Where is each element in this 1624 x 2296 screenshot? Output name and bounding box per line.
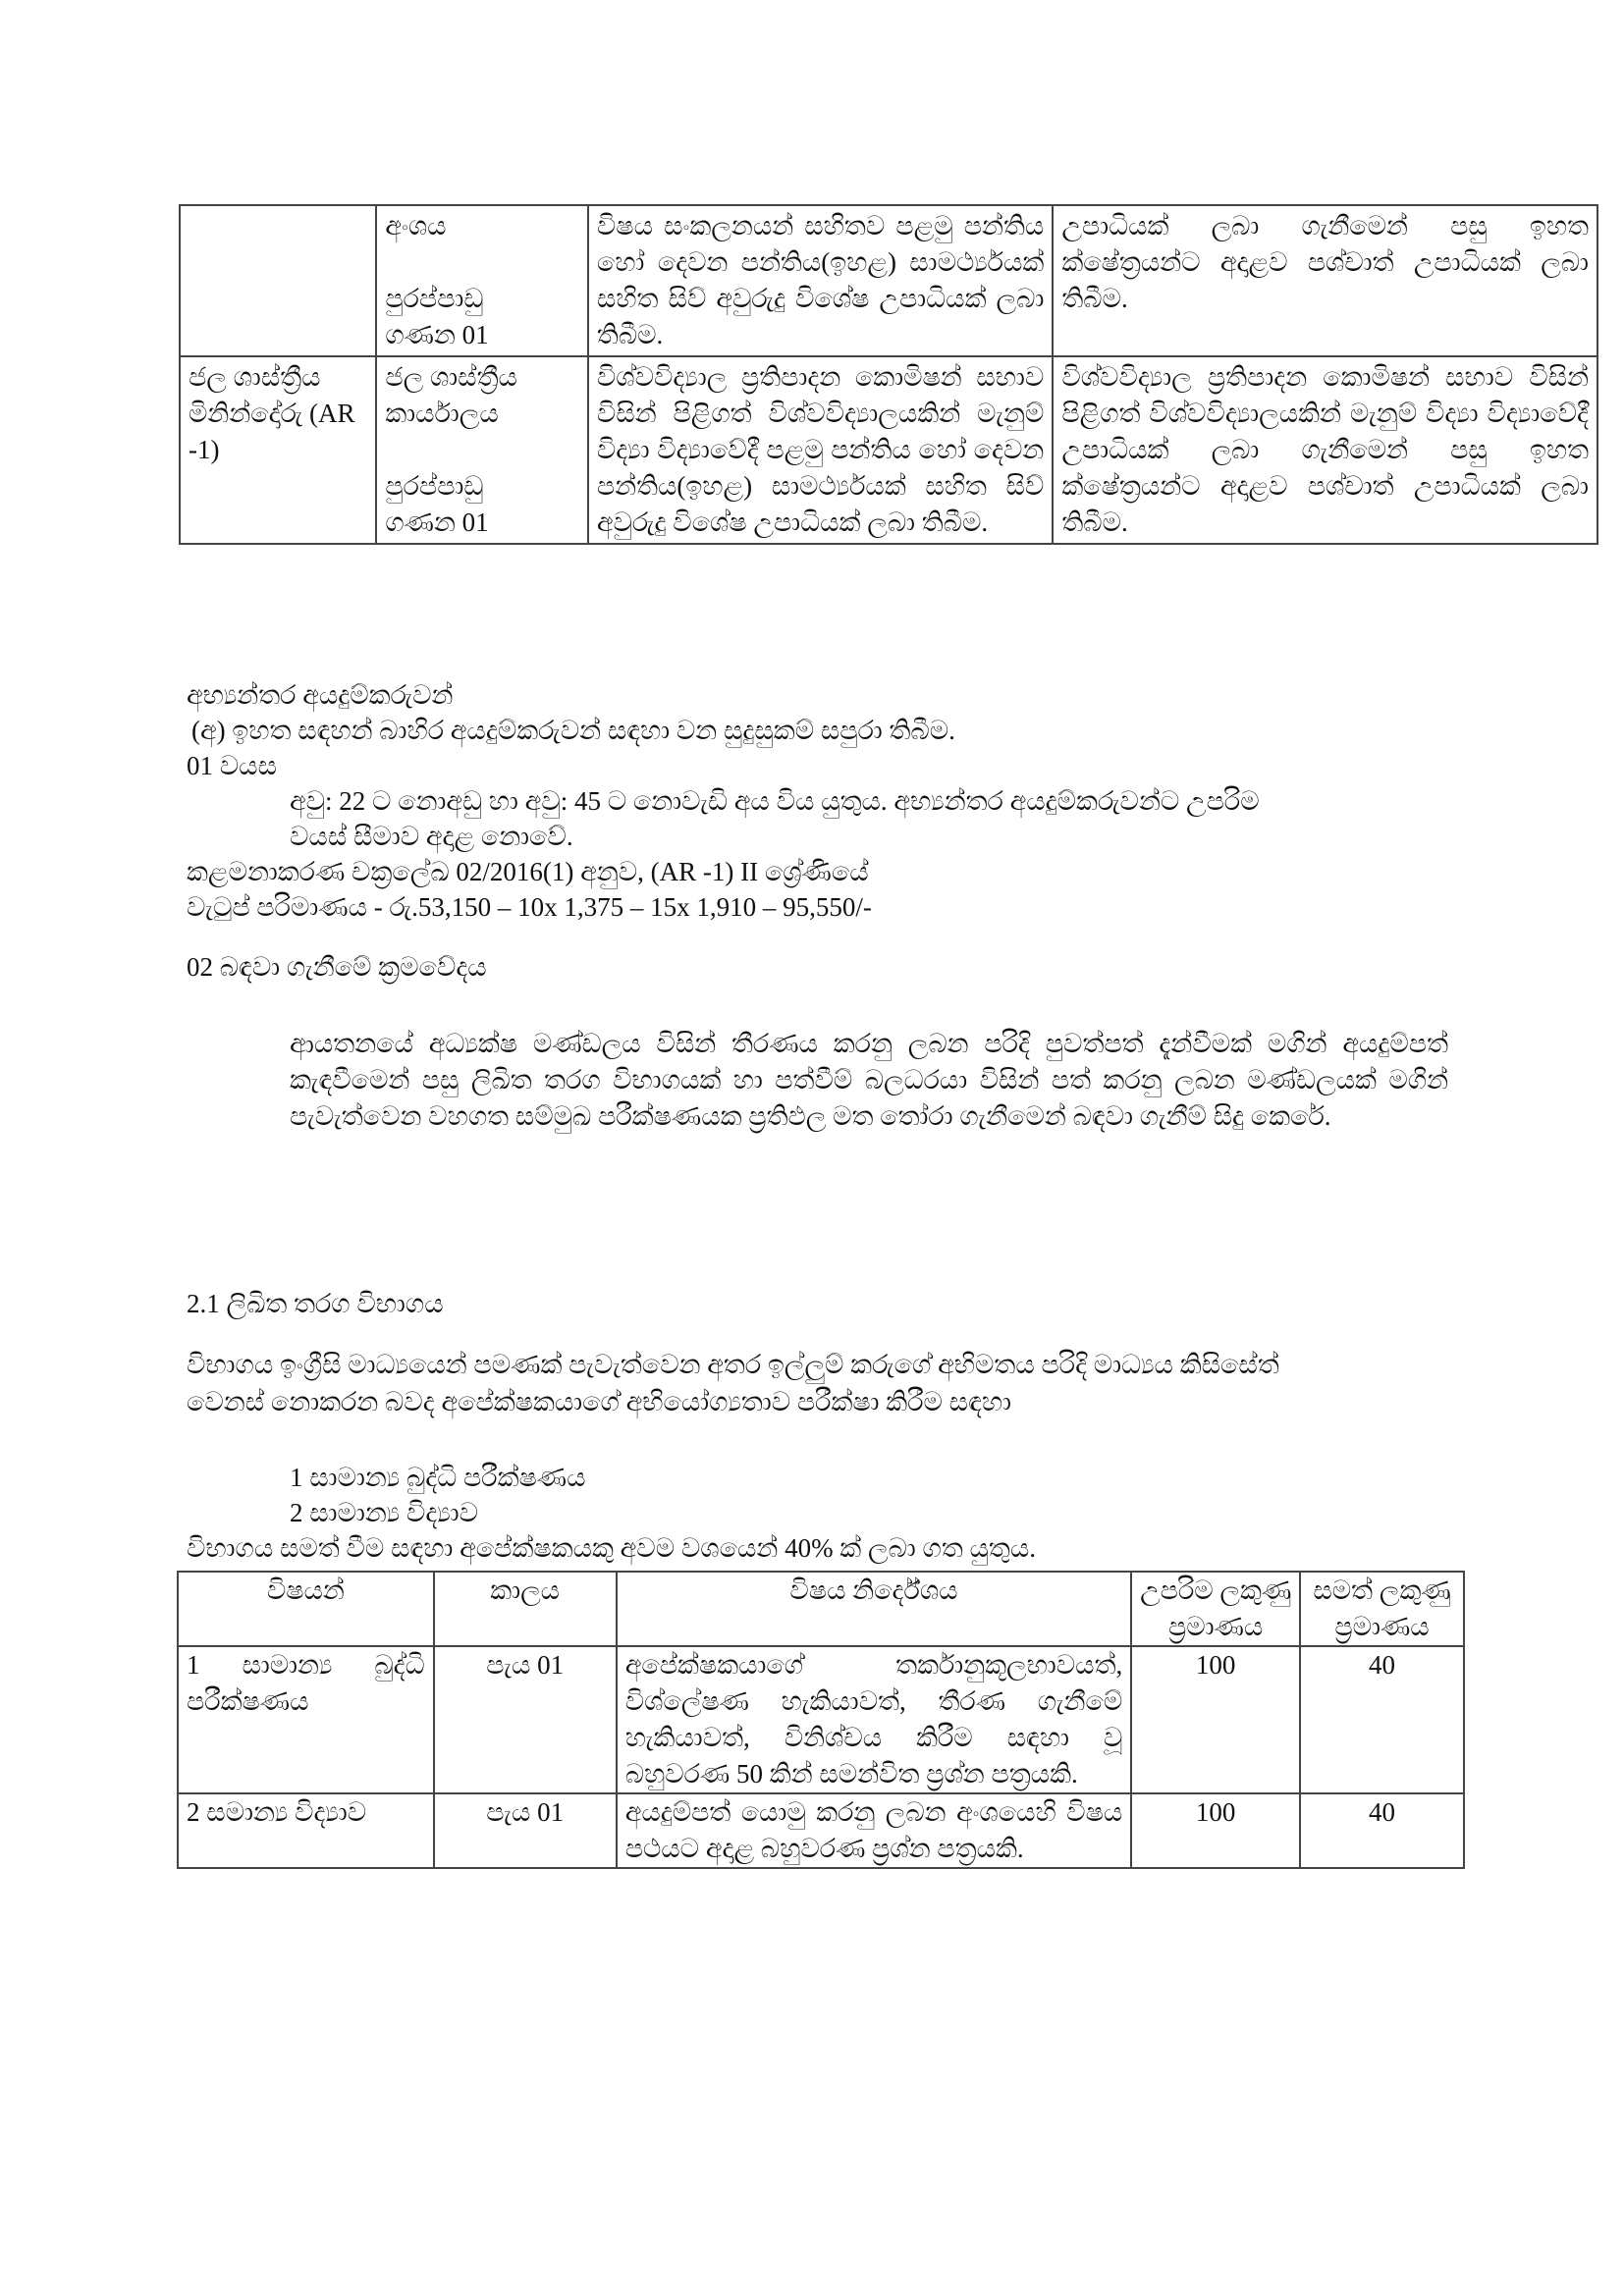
age-requirement-line2: වයස් සීමාව අදාළ නොවේ.	[290, 819, 573, 855]
internal-qualification-cell: උපාධියක් ලබා ගැනීමෙන් පසු ඉහත ක්ෂේත්‍රයන…	[1053, 205, 1597, 356]
division-name: අංශය	[385, 208, 579, 244]
circular-reference: කළමනාකරණ චක්‍රලේඛ 02/2016(1) අනුව, (AR -…	[187, 854, 869, 890]
qualifications-table: අංශය පුරප්පාඩු ගණන 01 විෂය සංකලනයන් සහිත…	[179, 204, 1598, 545]
salary-scale: වැටුප් පරිමාණය - රු.53,150 – 10x 1,375 –…	[187, 889, 872, 926]
recruitment-body: ආයතනයේ අධ්‍යක්ෂ මණ්ඩලය විසින් තීරණය කරනු…	[290, 1026, 1448, 1135]
exam-subject-item: 1 සාමාන්‍ය බුද්ධි පරීක්ෂණය	[290, 1460, 586, 1496]
pass-marks-cell: 40	[1300, 1646, 1464, 1793]
division-cell: ජල ශාස්ත්‍රීය කාර්යාලය පුරප්පාඩු ගණන 01	[376, 356, 588, 544]
internal-qualification-cell: විශ්වවිද්‍යාල ප්‍රතිපාදන කොමිෂන් සභාව වි…	[1053, 356, 1597, 544]
post-cell	[180, 205, 376, 356]
header-syllabus: විෂය නිර්දේශය	[617, 1572, 1132, 1646]
max-marks-cell: 100	[1131, 1646, 1300, 1793]
pass-marks-cell: 40	[1300, 1793, 1464, 1868]
subject-cell: 1 සාමාන්‍ය බුද්ධි පරීක්ෂණය	[178, 1646, 434, 1793]
header-max-marks: උපරිම ලකුණු ප්‍රමාණය	[1131, 1572, 1300, 1646]
exam-subject-item: 2 සාමාන්‍ය විද්‍යාව	[290, 1495, 478, 1531]
vacancy-count: පුරප්පාඩු ගණන 01	[385, 281, 532, 353]
recruitment-heading: 02 බඳවා ගැනීමේ ක්‍රමවේදය	[187, 949, 487, 986]
table-row: 2 සමාන්‍ය විද්‍යාව පැය 01 අයදුම්පත් යොමු…	[178, 1793, 1464, 1868]
external-qualification-cell: විෂය සංකලනයන් සහිතව පළමු පන්තිය හෝ දෙවන …	[588, 205, 1053, 356]
duration-cell: පැය 01	[434, 1793, 617, 1868]
table-header-row: විෂයන් කාලය විෂය නිර්දේශය උපරිම ලකුණු ප්…	[178, 1572, 1464, 1646]
age-requirement-line1: අවු: 22 ට නොඅඩු හා අවු: 45 ට නොවැඩි අය ව…	[290, 783, 1260, 820]
division-name: ජල ශාස්ත්‍රීය කාර්යාලය	[385, 359, 579, 432]
subject-cell: 2 සමාන්‍ය විද්‍යාව	[178, 1793, 434, 1868]
syllabus-cell: අයදුම්පත් යොමු කරනු ලබන අංශයෙහි විෂය පථය…	[617, 1793, 1132, 1868]
max-marks-cell: 100	[1131, 1793, 1300, 1868]
external-qualification-cell: විශ්වවිද්‍යාල ප්‍රතිපාදන කොමිෂන් සභාව වි…	[588, 356, 1053, 544]
age-heading: 01 වයස	[187, 748, 277, 784]
table-row: 1 සාමාන්‍ය බුද්ධි පරීක්ෂණය පැය 01 අපේක්ෂ…	[178, 1646, 1464, 1793]
header-duration: කාලය	[434, 1572, 617, 1646]
table-row: අංශය පුරප්පාඩු ගණන 01 විෂය සංකලනයන් සහිත…	[180, 205, 1597, 356]
syllabus-cell: අපේක්ෂකයාගේ තර්කානුකූලභාවයත්, විශ්ලේෂණ හ…	[617, 1646, 1132, 1793]
written-exam-intro-line1: විභාගය ඉංග්‍රීසි මාධ්‍යයෙන් පමණක් පැවැත්…	[187, 1347, 1279, 1383]
header-pass-marks: සමත් ලකුණු ප්‍රමාණය	[1300, 1572, 1464, 1646]
written-exam-intro-line2: වෙනස් නොකරන බවද අපේක්ෂකයාගේ අභියෝග්‍යතාව…	[187, 1384, 1011, 1420]
header-subject: විෂයන්	[178, 1572, 434, 1646]
written-exam-heading: 2.1 ලිඛිත තරග විභාගය	[187, 1286, 444, 1322]
internal-clause-a: (අ) ඉහත සඳහන් බාහිර අයදුම්කරුවන් සඳහා වන…	[191, 713, 955, 749]
duration-cell: පැය 01	[434, 1646, 617, 1793]
division-cell: අංශය පුරප්පාඩු ගණන 01	[376, 205, 588, 356]
internal-applicants-heading: අභ්‍යන්තර අයදුම්කරුවන්	[187, 677, 454, 714]
exam-table: විෂයන් කාලය විෂය නිර්දේශය උපරිම ලකුණු ප්…	[177, 1571, 1465, 1869]
post-cell: ජල ශාස්ත්‍රීය මිනින්දෝරු (AR -1)	[180, 356, 376, 544]
pass-requirement-note: විභාගය සමත් වීම සඳහා අපේක්ෂකයකු අවම වශයෙ…	[187, 1530, 1036, 1567]
vacancy-count: පුරප්පාඩු ගණන 01	[385, 468, 532, 541]
table-row: ජල ශාස්ත්‍රීය මිනින්දෝරු (AR -1) ජල ශාස්…	[180, 356, 1597, 544]
